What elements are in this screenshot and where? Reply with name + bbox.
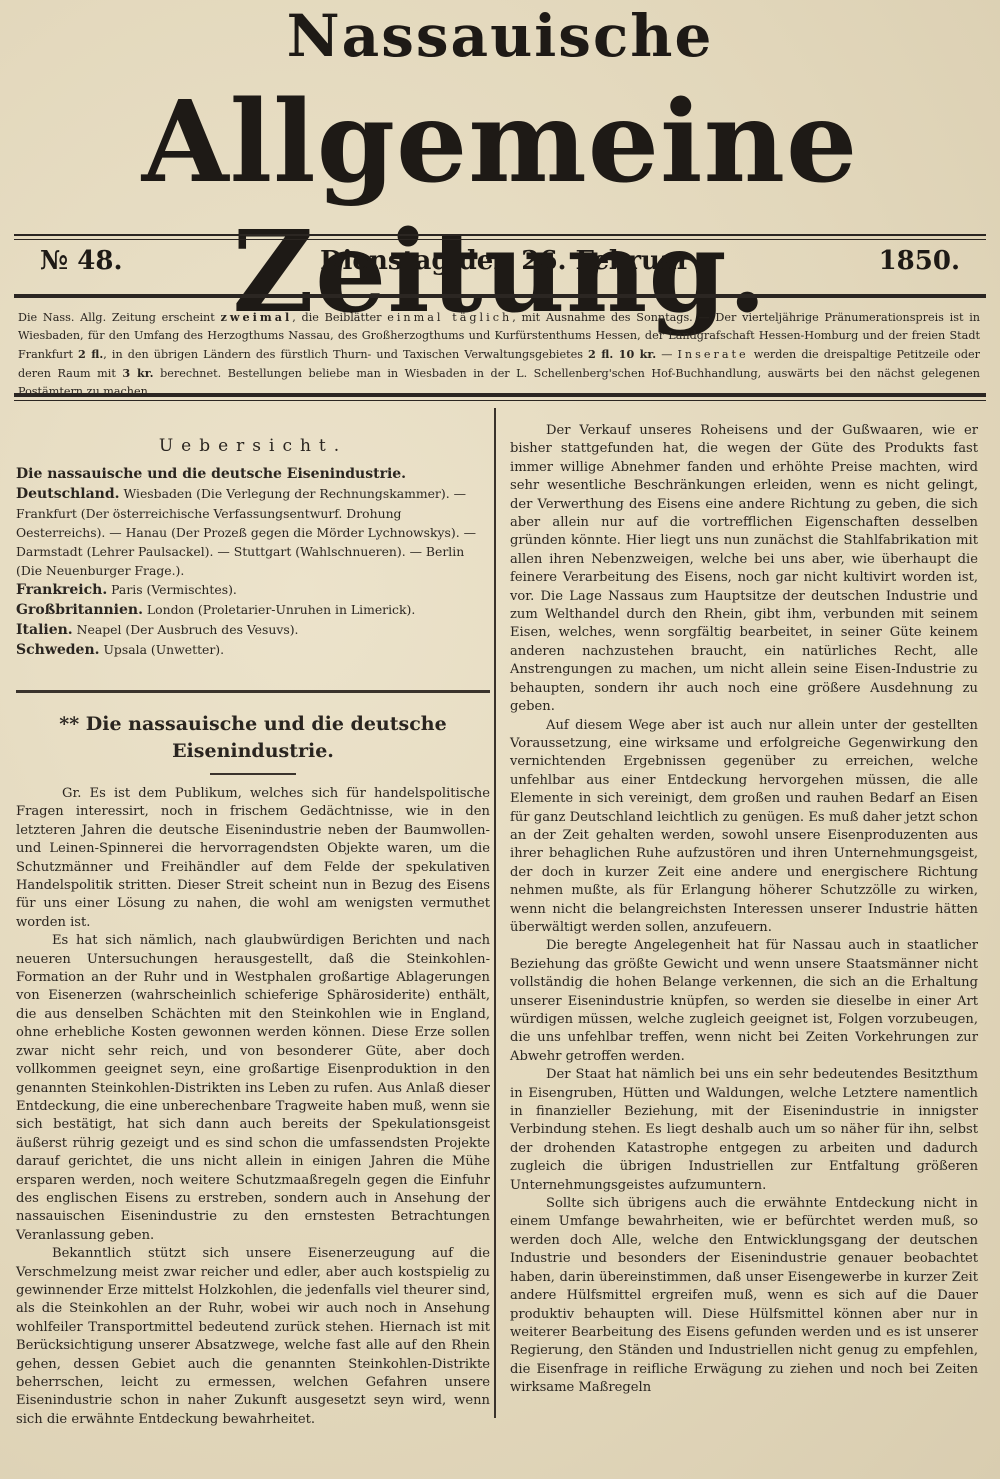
notice-rule-top <box>14 393 986 397</box>
article-paragraph: Bekanntlich stützt sich unsere Eisenerze… <box>16 1245 490 1429</box>
article-title: ** Die nassauische und die deutsche Eise… <box>16 711 490 765</box>
title-rule <box>210 773 296 775</box>
notice-rule-bottom <box>14 400 986 401</box>
article-paragraph: Es hat sich nämlich, nach glaubwürdigen … <box>16 932 490 1245</box>
overview-title: Uebersicht. <box>16 436 490 456</box>
dateline: № 48. Dienstag den 26. Februar 1850. <box>40 246 960 282</box>
issue-number: № 48. <box>40 246 123 276</box>
masthead-rule-bottom <box>14 239 986 240</box>
masthead-line-2: Allgemeine Zeitung. <box>10 78 990 338</box>
overview-entry: Italien. Neapel (Der Ausbruch des Vesuvs… <box>16 620 490 640</box>
article-paragraph: Sollte sich übrigens auch die erwähnte E… <box>510 1195 978 1397</box>
column-divider <box>494 408 496 1418</box>
overview-lead: Die nassauische und die deutsche Eisenin… <box>16 464 490 484</box>
overview: Uebersicht. Die nassauische und die deut… <box>16 436 490 660</box>
issue-date: Dienstag den 26. Februar <box>320 246 690 276</box>
article-paragraph: Gr. Es ist dem Publikum, welches sich fü… <box>16 785 490 932</box>
overview-entry: Frankreich. Paris (Vermischtes). <box>16 580 490 600</box>
overview-entry: Schweden. Upsala (Unwetter). <box>16 640 490 660</box>
section-rule <box>16 690 490 693</box>
overview-entry: Großbritannien. London (Proletarier-Unru… <box>16 600 490 620</box>
article-paragraph: Die beregte Angelegenheit hat für Nassau… <box>510 937 978 1066</box>
masthead-line-1: Nassauische <box>0 2 1000 70</box>
issue-year: 1850. <box>879 246 960 276</box>
subscription-notice: Die Nass. Allg. Zeitung erscheint zweima… <box>18 308 980 401</box>
dateline-rule <box>14 294 986 298</box>
masthead-rule-top <box>14 234 986 236</box>
overview-entry: Deutschland. Wiesbaden (Die Verlegung de… <box>16 484 490 580</box>
article-paragraph: Auf diesem Wege aber ist auch nur allein… <box>510 717 978 938</box>
article-paragraph: Der Verkauf unseres Roheisens und der Gu… <box>510 422 978 717</box>
right-column: Der Verkauf unseres Roheisens und der Gu… <box>510 408 978 1398</box>
left-column: Uebersicht. Die nassauische und die deut… <box>16 428 490 1429</box>
article-paragraph: Der Staat hat nämlich bei uns ein sehr b… <box>510 1066 978 1195</box>
